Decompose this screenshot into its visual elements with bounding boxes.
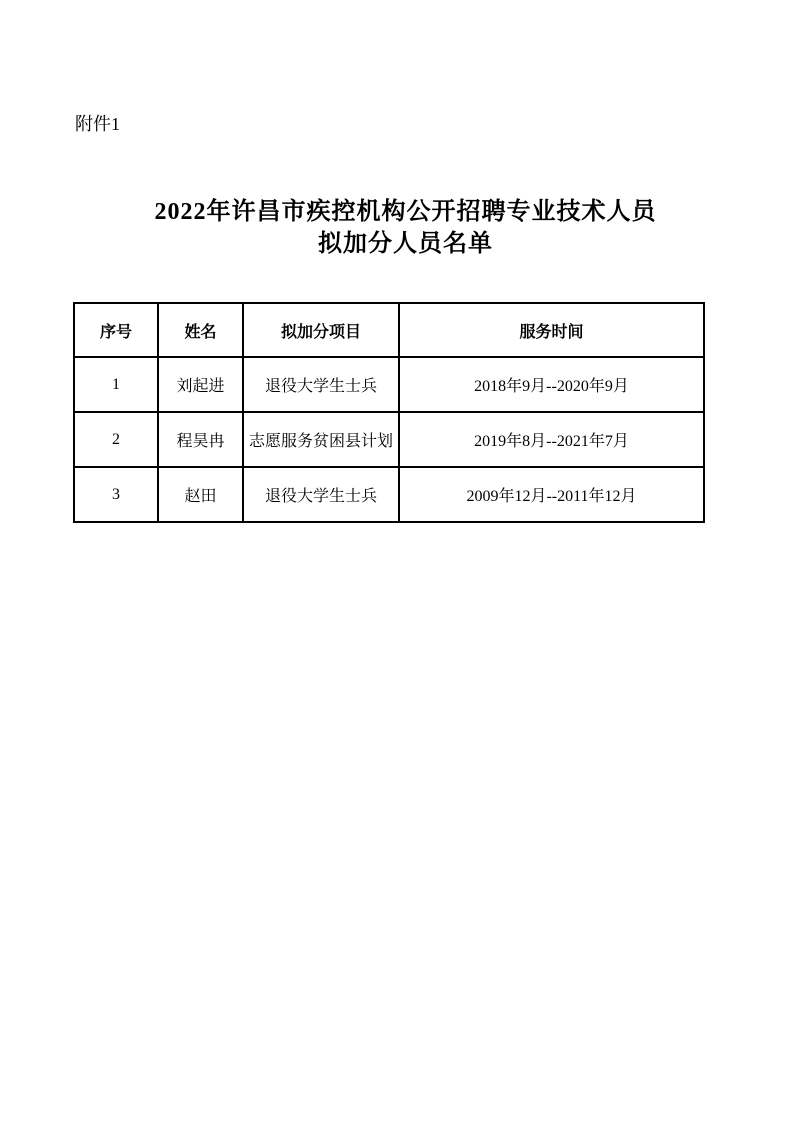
cell-service-time: 2019年8月--2021年7月 [399,412,704,467]
table-row: 3 赵田 退役大学生士兵 2009年12月--2011年12月 [74,467,704,522]
document-title: 2022年许昌市疾控机构公开招聘专业技术人员 拟加分人员名单 [0,196,811,260]
cell-service-time: 2018年9月--2020年9月 [399,357,704,412]
document-title-line-2: 拟加分人员名单 [0,228,811,260]
cell-name: 刘起进 [158,357,243,412]
cell-service-time: 2009年12月--2011年12月 [399,467,704,522]
document-title-line-1: 2022年许昌市疾控机构公开招聘专业技术人员 [0,196,811,228]
cell-bonus-item: 志愿服务贫困县计划 [243,412,399,467]
column-header-bonus-item: 拟加分项目 [243,303,399,357]
column-header-service-time: 服务时间 [399,303,704,357]
bonus-points-table: 序号 姓名 拟加分项目 服务时间 1 刘起进 退役大学生士兵 2018年9月--… [73,302,705,523]
table-row: 2 程昊冉 志愿服务贫困县计划 2019年8月--2021年7月 [74,412,704,467]
table-row: 1 刘起进 退役大学生士兵 2018年9月--2020年9月 [74,357,704,412]
cell-serial-number: 2 [74,412,158,467]
cell-name: 程昊冉 [158,412,243,467]
cell-serial-number: 1 [74,357,158,412]
document-page: 附件1 2022年许昌市疾控机构公开招聘专业技术人员 拟加分人员名单 序号 姓名… [0,0,811,1147]
cell-serial-number: 3 [74,467,158,522]
cell-bonus-item: 退役大学生士兵 [243,467,399,522]
column-header-name: 姓名 [158,303,243,357]
cell-name: 赵田 [158,467,243,522]
table-header-row: 序号 姓名 拟加分项目 服务时间 [74,303,704,357]
column-header-serial-number: 序号 [74,303,158,357]
cell-bonus-item: 退役大学生士兵 [243,357,399,412]
attachment-label: 附件1 [75,113,120,135]
